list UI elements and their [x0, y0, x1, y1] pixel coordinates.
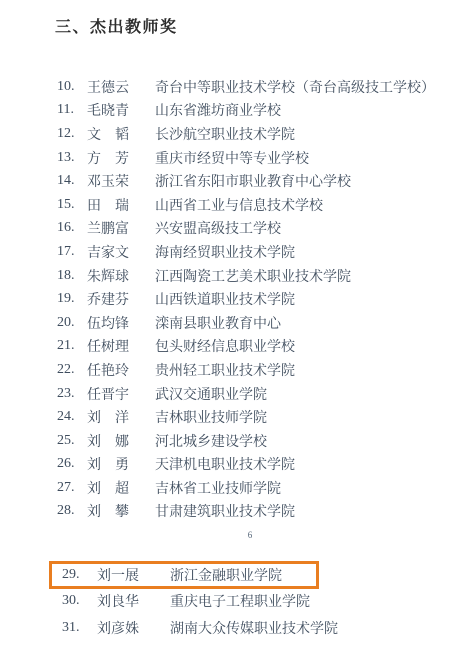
award-entry: 23. 任晋宇 武汉交通职业学院	[0, 382, 454, 406]
entry-school: 重庆电子工程职业学院	[170, 591, 310, 611]
entry-name: 刘 攀	[87, 501, 129, 521]
entry-name: 邓玉荣	[87, 171, 129, 191]
entry-name: 刘彦姝	[97, 618, 139, 638]
entry-school: 重庆市经贸中等专业学校	[155, 148, 309, 168]
award-entry: 19. 乔建芬 山西铁道职业技术学院	[0, 287, 454, 311]
award-entry: 14. 邓玉荣 浙江省东阳市职业教育中心学校	[0, 169, 454, 193]
award-entry: 13. 方 芳 重庆市经贸中等专业学校	[0, 146, 454, 170]
award-entry: 10. 王德云 奇台中等职业技术学校（奇台高级技工学校）	[0, 75, 454, 99]
award-entry: 25. 刘 娜 河北城乡建设学校	[0, 429, 454, 453]
entry-school: 甘肃建筑职业技术学院	[155, 501, 295, 521]
entry-name: 文 韬	[87, 124, 129, 144]
entry-name: 任晋宇	[87, 384, 129, 404]
award-entry: 18. 朱辉球 江西陶瓷工艺美术职业技术学院	[0, 264, 454, 288]
entry-number: 16.	[57, 220, 87, 236]
award-entry: 29. 刘一展 浙江金融职业学院	[0, 562, 454, 588]
entry-school: 山东省潍坊商业学校	[155, 100, 281, 120]
award-entry: 27. 刘 超 吉林省工业技师学院	[0, 476, 454, 500]
entry-school: 江西陶瓷工艺美术职业技术学院	[155, 266, 351, 286]
award-entry: 21. 任树理 包头财经信息职业学校	[0, 335, 454, 359]
entry-school: 浙江金融职业学院	[170, 565, 282, 585]
entry-school: 滦南县职业教育中心	[155, 313, 281, 333]
entry-school: 包头财经信息职业学校	[155, 336, 295, 356]
entry-school: 天津机电职业技术学院	[155, 454, 295, 474]
award-entry: 15. 田 瑞 山西省工业与信息技术学校	[0, 193, 454, 217]
entry-number: 30.	[62, 593, 97, 609]
entry-name: 乔建芬	[87, 289, 129, 309]
award-entry: 26. 刘 勇 天津机电职业技术学院	[0, 453, 454, 477]
award-entry: 28. 刘 攀 甘肃建筑职业技术学院	[0, 500, 454, 524]
page-title: 三、杰出教师奖	[55, 14, 178, 37]
document-page: 三、杰出教师奖 10. 王德云 奇台中等职业技术学校（奇台高级技工学校） 11.…	[0, 0, 454, 660]
award-entry: 31. 刘彦姝 湖南大众传媒职业技术学院	[0, 615, 454, 641]
entry-name: 方 芳	[87, 148, 129, 168]
entry-number: 11.	[57, 102, 87, 118]
entry-number: 23.	[57, 386, 87, 402]
entry-number: 10.	[57, 79, 87, 95]
entry-number: 24.	[57, 409, 87, 425]
entry-school: 长沙航空职业技术学院	[155, 124, 295, 144]
entry-number: 21.	[57, 338, 87, 354]
entry-number: 27.	[57, 480, 87, 496]
entry-number: 20.	[57, 315, 87, 331]
entry-school: 贵州轻工职业技术学院	[155, 360, 295, 380]
entry-school: 河北城乡建设学校	[155, 431, 267, 451]
entry-number: 12.	[57, 126, 87, 142]
entry-number: 13.	[57, 150, 87, 166]
award-entry: 12. 文 韬 长沙航空职业技术学院	[0, 122, 454, 146]
entry-number: 18.	[57, 268, 87, 284]
entry-name: 伍均锋	[87, 313, 129, 333]
award-list-bottom: 29. 刘一展 浙江金融职业学院 30. 刘良华 重庆电子工程职业学院 31. …	[0, 562, 454, 641]
entry-school: 吉林职业技师学院	[155, 407, 267, 427]
entry-name: 任艳玲	[87, 360, 129, 380]
entry-number: 25.	[57, 433, 87, 449]
entry-school: 吉林省工业技师学院	[155, 478, 281, 498]
award-entry: 20. 伍均锋 滦南县职业教育中心	[0, 311, 454, 335]
award-entry: 11. 毛晓青 山东省潍坊商业学校	[0, 99, 454, 123]
award-entry: 24. 刘 洋 吉林职业技师学院	[0, 405, 454, 429]
entry-number: 26.	[57, 456, 87, 472]
award-entry: 30. 刘良华 重庆电子工程职业学院	[0, 588, 454, 614]
entry-name: 刘良华	[97, 591, 139, 611]
award-entry: 16. 兰鹏富 兴安盟高级技工学校	[0, 217, 454, 241]
entry-school: 兴安盟高级技工学校	[155, 218, 281, 238]
entry-school: 浙江省东阳市职业教育中心学校	[155, 171, 351, 191]
entry-school: 武汉交通职业学院	[155, 384, 267, 404]
entry-school: 山西铁道职业技术学院	[155, 289, 295, 309]
entry-number: 28.	[57, 503, 87, 519]
entry-school: 奇台中等职业技术学校（奇台高级技工学校）	[155, 77, 435, 97]
entry-school: 湖南大众传媒职业技术学院	[170, 618, 338, 638]
entry-name: 田 瑞	[87, 195, 129, 215]
entry-number: 31.	[62, 620, 97, 636]
entry-name: 吉家文	[87, 242, 129, 262]
entry-name: 刘 洋	[87, 407, 129, 427]
entry-number: 17.	[57, 244, 87, 260]
award-entry: 17. 吉家文 海南经贸职业技术学院	[0, 240, 454, 264]
entry-number: 14.	[57, 173, 87, 189]
award-list-top: 10. 王德云 奇台中等职业技术学校（奇台高级技工学校） 11. 毛晓青 山东省…	[0, 75, 454, 523]
entry-number: 19.	[57, 291, 87, 307]
entry-name: 兰鹏富	[87, 218, 129, 238]
entry-school: 山西省工业与信息技术学校	[155, 195, 323, 215]
entry-name: 任树理	[87, 336, 129, 356]
entry-number: 29.	[62, 567, 97, 583]
entry-school: 海南经贸职业技术学院	[155, 242, 295, 262]
entry-number: 15.	[57, 197, 87, 213]
entry-name: 刘 勇	[87, 454, 129, 474]
entry-name: 王德云	[87, 77, 129, 97]
page-number: 6	[242, 530, 258, 540]
entry-name: 刘一展	[97, 565, 139, 585]
entry-name: 刘 娜	[87, 431, 129, 451]
award-entry: 22. 任艳玲 贵州轻工职业技术学院	[0, 358, 454, 382]
entry-name: 毛晓青	[87, 100, 129, 120]
entry-name: 朱辉球	[87, 266, 129, 286]
entry-name: 刘 超	[87, 478, 129, 498]
entry-number: 22.	[57, 362, 87, 378]
